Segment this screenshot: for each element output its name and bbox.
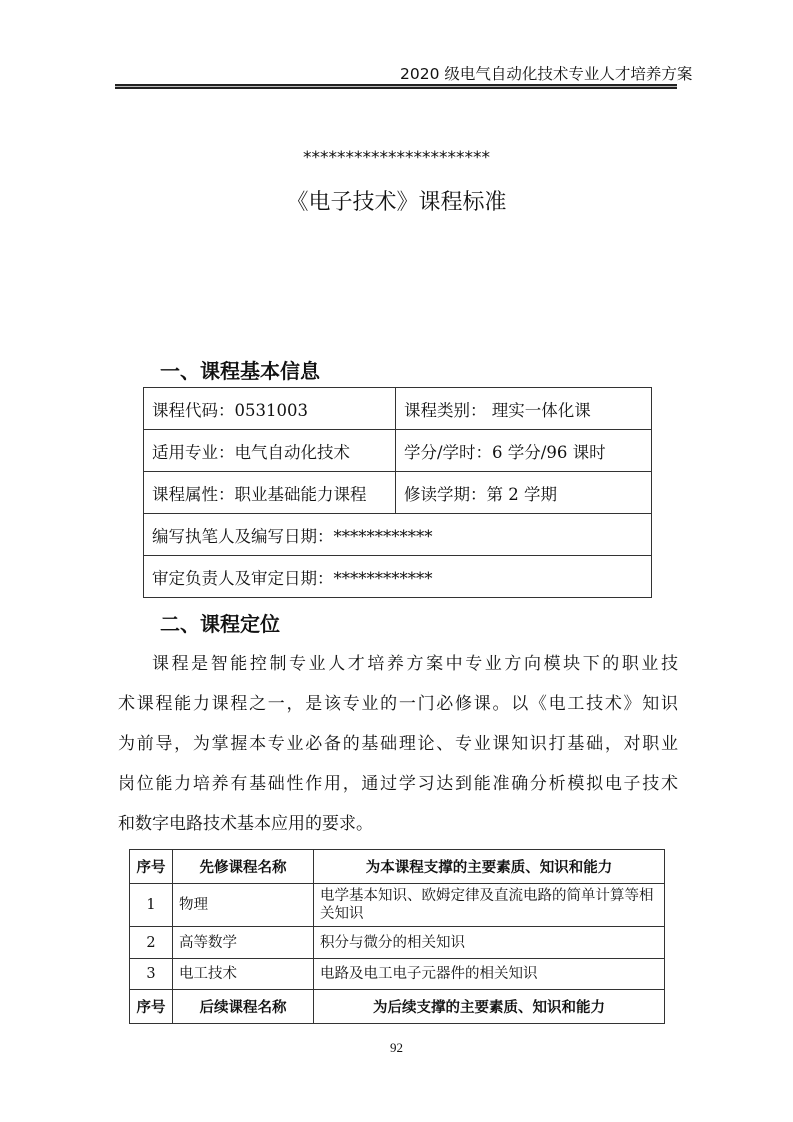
table-row: 审定负责人及审定日期：************ <box>144 556 652 598</box>
reviewer-date-cell: 审定负责人及审定日期：************ <box>144 556 652 598</box>
redacted-line: ********************** <box>0 148 793 168</box>
column-header-no: 序号 <box>130 990 173 1024</box>
paragraph-line: 为前导，为掌握本专业必备的基础理论、专业课知识打基础，对职业 <box>118 724 678 764</box>
row-number: 2 <box>130 927 173 959</box>
paragraph-line: 术课程能力课程之一，是该专业的一门必修课。以《电工技术》知识 <box>118 684 678 724</box>
followup-header-row: 序号 后续课程名称 为后续支撑的主要素质、知识和能力 <box>130 990 665 1024</box>
row-number: 1 <box>130 884 173 927</box>
document-title: 《电子技术》课程标准 <box>0 185 793 216</box>
column-header-no: 序号 <box>130 850 173 884</box>
related-courses-table: 序号 先修课程名称 为本课程支撑的主要素质、知识和能力 1 物理 电学基本知识、… <box>129 849 665 1024</box>
column-header-followup-support: 为后续支撑的主要素质、知识和能力 <box>314 990 665 1024</box>
table-row: 适用专业：电气自动化技术 学分/学时：6 学分/96 课时 <box>144 430 652 472</box>
course-support: 电路及电工电子元器件的相关知识 <box>314 959 665 990</box>
author-date-cell: 编写执笔人及编写日期：************ <box>144 514 652 556</box>
table-row: 编写执笔人及编写日期：************ <box>144 514 652 556</box>
credits-hours-cell: 学分/学时：6 学分/96 课时 <box>396 430 652 472</box>
row-number: 3 <box>130 959 173 990</box>
column-header-prereq-name: 先修课程名称 <box>173 850 314 884</box>
paragraph-line: 和数字电路技术基本应用的要求。 <box>118 804 678 844</box>
applicable-major-cell: 适用专业：电气自动化技术 <box>144 430 396 472</box>
course-code-cell: 课程代码：0531003 <box>144 388 396 430</box>
course-name: 物理 <box>173 884 314 927</box>
running-header-title: 2020 级电气自动化技术专业人才培养方案 <box>400 62 730 84</box>
section-heading-basic-info: 一、课程基本信息 <box>160 355 320 384</box>
table-row: 3 电工技术 电路及电工电子元器件的相关知识 <box>130 959 665 990</box>
section-heading-positioning: 二、课程定位 <box>160 608 280 637</box>
column-header-prereq-support: 为本课程支撑的主要素质、知识和能力 <box>314 850 665 884</box>
header-double-rule <box>115 84 677 89</box>
course-name: 高等数学 <box>173 927 314 959</box>
semester-cell: 修读学期：第 2 学期 <box>396 472 652 514</box>
course-info-table: 课程代码：0531003 课程类别： 理实一体化课 适用专业：电气自动化技术 学… <box>143 387 652 598</box>
table-row: 课程代码：0531003 课程类别： 理实一体化课 <box>144 388 652 430</box>
prereq-header-row: 序号 先修课程名称 为本课程支撑的主要素质、知识和能力 <box>130 850 665 884</box>
table-row: 2 高等数学 积分与微分的相关知识 <box>130 927 665 959</box>
course-name: 电工技术 <box>173 959 314 990</box>
course-type-cell: 课程类别： 理实一体化课 <box>396 388 652 430</box>
paragraph-line: 岗位能力培养有基础性作用，通过学习达到能准确分析模拟电子技术 <box>118 764 678 804</box>
paragraph-line: 课程是智能控制专业人才培养方案中专业方向模块下的职业技 <box>118 644 678 684</box>
positioning-paragraph: 课程是智能控制专业人才培养方案中专业方向模块下的职业技 术课程能力课程之一，是该… <box>118 644 678 844</box>
header-rule-inner <box>115 86 677 87</box>
course-support: 积分与微分的相关知识 <box>314 927 665 959</box>
course-support: 电学基本知识、欧姆定律及直流电路的简单计算等相关知识 <box>314 884 665 927</box>
table-row: 课程属性：职业基础能力课程 修读学期：第 2 学期 <box>144 472 652 514</box>
table-row: 1 物理 电学基本知识、欧姆定律及直流电路的简单计算等相关知识 <box>130 884 665 927</box>
column-header-followup-name: 后续课程名称 <box>173 990 314 1024</box>
course-attribute-cell: 课程属性：职业基础能力课程 <box>144 472 396 514</box>
page-number: 92 <box>0 1040 793 1056</box>
